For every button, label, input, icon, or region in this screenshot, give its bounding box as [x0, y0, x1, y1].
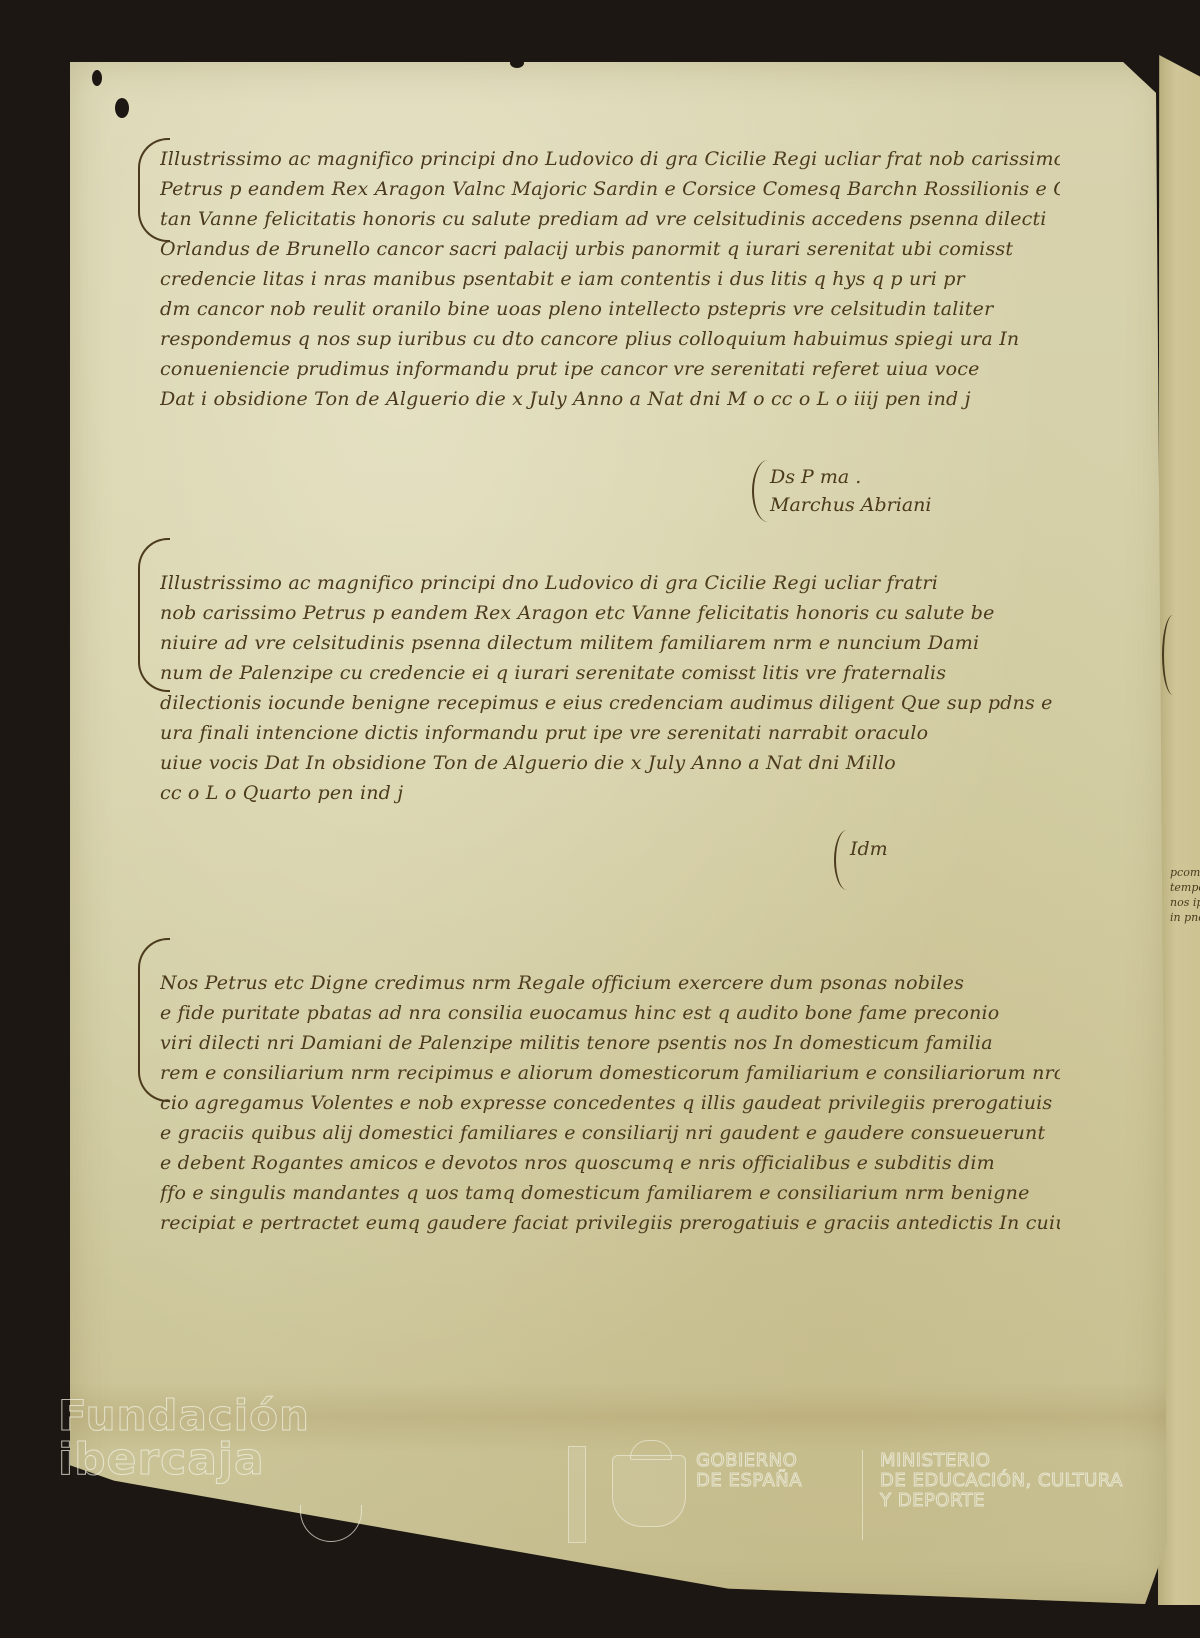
- text-line: uiue vocis Dat In obsidione Ton de Algue…: [160, 748, 1060, 778]
- text-line: ffo e singulis mandantes q uos tamq dome…: [160, 1178, 1060, 1208]
- watermark-ministerio: MINISTERIO DE EDUCACIÓN, CULTURA Y DEPOR…: [880, 1451, 1123, 1511]
- flag-icon: [568, 1446, 586, 1543]
- letter-block-2: Illustrissimo ac magnifico principi dno …: [160, 568, 1060, 808]
- manuscript-folio: Illustrissimo ac magnifico principi dno …: [70, 62, 1167, 1604]
- text-line: recipiat e pertractet eumq gaudere facia…: [160, 1208, 1060, 1238]
- worm-hole: [92, 70, 102, 86]
- ink-flourish: [1162, 615, 1184, 695]
- signature-flourish: [752, 460, 784, 522]
- signature-1: Ds P ma . Marchus Abriani: [770, 466, 931, 516]
- text-line: e graciis quibus alij domestici familiar…: [160, 1118, 1060, 1148]
- text-line: Orlandus de Brunello cancor sacri palaci…: [160, 234, 1060, 264]
- coat-of-arms-icon: [612, 1455, 686, 1527]
- signature-2: Idm: [850, 838, 888, 860]
- text-line: Nos Petrus etc Digne credimus nrm Regale…: [160, 968, 1060, 998]
- text-line: niuire ad vre celsitudinis psenna dilect…: [160, 628, 1060, 658]
- watermark-text: DE EDUCACIÓN, CULTURA: [880, 1471, 1123, 1491]
- text-line: respondemus q nos sup iuribus cu dto can…: [160, 324, 1060, 354]
- text-line: tan Vanne felicitatis honoris cu salute …: [160, 204, 1060, 234]
- text-line: conueniencie prudimus informandu prut ip…: [160, 354, 1060, 384]
- text-line: nob carissimo Petrus p eandem Rex Aragon…: [160, 598, 1060, 628]
- margin-note-line: pcomm: [1170, 865, 1200, 880]
- signature-line: Marchus Abriani: [770, 494, 931, 516]
- text-line: rem e consiliarium nrm recipimus e alior…: [160, 1058, 1060, 1088]
- letter-block-1: Illustrissimo ac magnifico principi dno …: [160, 144, 1060, 414]
- watermark-text: DE ESPAÑA: [696, 1471, 802, 1491]
- text-line: cio agregamus Volentes e nob expresse co…: [160, 1088, 1060, 1118]
- watermark-text: MINISTERIO: [880, 1451, 1123, 1471]
- margin-note-line: tempores: [1170, 880, 1200, 895]
- margin-note-line: nos ipo: [1170, 895, 1200, 910]
- watermark-text: GOBIERNO: [696, 1451, 802, 1471]
- margin-note: pcomm tempores nos ipo in pnc: [1170, 865, 1200, 925]
- watermark-text: ibercaja: [58, 1438, 310, 1482]
- text-line: dm cancor nob reulit oranilo bine uoas p…: [160, 294, 1060, 324]
- watermark-fundacion-ibercaja: Fundación ibercaja: [58, 1394, 310, 1482]
- text-line: e fide puritate pbatas ad nra consilia e…: [160, 998, 1060, 1028]
- manuscript-image-viewer: pcomm tempores nos ipo in pnc Illustriss…: [0, 0, 1200, 1638]
- worm-hole: [510, 58, 524, 68]
- text-line: dilectionis iocunde benigne recepimus e …: [160, 688, 1060, 718]
- watermark-divider: [862, 1450, 863, 1540]
- ibercaja-logo-icon: [300, 1505, 362, 1542]
- signature-line: Ds P ma .: [770, 466, 931, 488]
- text-line: num de Palenzipe cu credencie ei q iurar…: [160, 658, 1060, 688]
- text-line: cc o L o Quarto pen ind j: [160, 778, 1060, 808]
- margin-note-line: in pnc: [1170, 910, 1200, 925]
- text-line: Dat i obsidione Ton de Alguerio die x Ju…: [160, 384, 1060, 414]
- watermark-text: Fundación: [58, 1391, 310, 1440]
- worm-hole: [115, 98, 129, 118]
- text-line: viri dilecti nri Damiani de Palenzipe mi…: [160, 1028, 1060, 1058]
- text-line: Illustrissimo ac magnifico principi dno …: [160, 144, 1060, 174]
- text-line: ura finali intencione dictis informandu …: [160, 718, 1060, 748]
- watermark-text: Y DEPORTE: [880, 1491, 1123, 1511]
- text-line: credencie litas i nras manibus psentabit…: [160, 264, 1060, 294]
- text-line: Petrus p eandem Rex Aragon Valnc Majoric…: [160, 174, 1060, 204]
- text-line: Illustrissimo ac magnifico principi dno …: [160, 568, 1060, 598]
- signature-flourish: [834, 830, 860, 890]
- watermark-gobierno: GOBIERNO DE ESPAÑA: [696, 1451, 802, 1491]
- text-line: e debent Rogantes amicos e devotos nros …: [160, 1148, 1060, 1178]
- letter-block-3: Nos Petrus etc Digne credimus nrm Regale…: [160, 968, 1060, 1238]
